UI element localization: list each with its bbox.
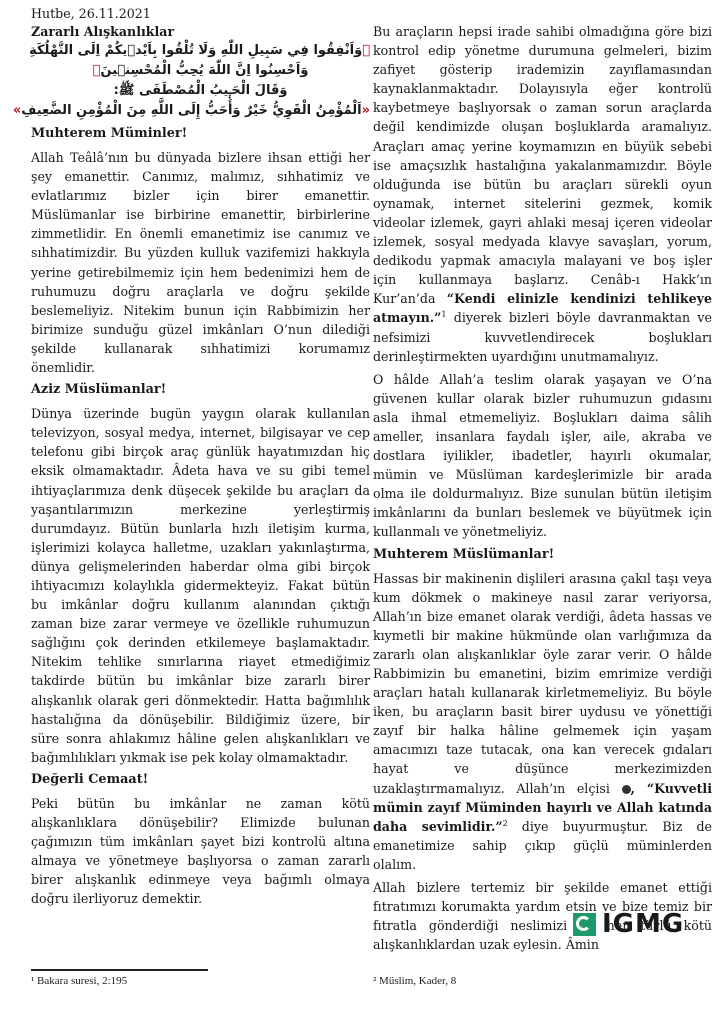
arabic-intro-line: وَقَالَ الْحَب۪يبُ الْمُصْطَفَى ﷺ:: [31, 81, 370, 101]
quran-quote: “Kendi elinizle kendinizi tehlikeye: [447, 291, 712, 306]
paragraph-r2: O hâlde Allah’a teslim olarak yaşayan ve…: [373, 370, 712, 542]
quran-bracket-open: ﴿: [362, 43, 370, 58]
hadith-quote: mümin zayıf Müminden hayırlı ve Allah ka…: [373, 798, 712, 817]
salawat-icon: [622, 785, 631, 794]
footnote-2: ² Müslim, Kader, 8: [373, 975, 456, 987]
section-heading: Değerli Cemaat!: [31, 770, 370, 790]
left-column: Hutbe, 26.11.2021 Zararlı Alışkanlıklar …: [31, 0, 370, 908]
footnote-divider: [31, 969, 208, 971]
footnote-1: ¹ Bakara suresi, 2:195: [31, 975, 127, 987]
igmg-logo: IGMG: [573, 912, 684, 936]
crescent-logo-icon: [573, 913, 596, 936]
paragraph-s3: Peki bütün bu imkânlar ne zaman kötü alı…: [31, 794, 370, 909]
paragraph-s2: Dünya üzerinde bugün yaygın olarak kulla…: [31, 404, 370, 767]
arabic-verse-line-1: ﴿وَاَنْفِقُوا فِي سَبِيلِ اللّٰهِ وَلَا …: [31, 41, 370, 61]
section-heading: Aziz Müslümanlar!: [31, 380, 370, 400]
arabic-verse-line-2: وَاَحْسِنُوا اِنَّ اللّٰهَ يُحِبُّ الْمُ…: [31, 61, 370, 81]
section-heading: Muhterem Müminler!: [31, 124, 370, 144]
paragraph-r3: Hassas bir makinenin dişlileri arasına ç…: [373, 569, 712, 875]
arabic-hadith-line: «اَلْمُؤْمِنُ الْقَوِيُّ خَيْرٌ وَأَحَبُ…: [31, 101, 370, 121]
section-heading: Muhterem Müslümanlar!: [373, 545, 712, 565]
logo-text: IGMG: [602, 912, 684, 936]
quran-quote-line: Kur’an’da “Kendi elinizle kendinizi tehl…: [373, 289, 712, 308]
right-column: Bu araçların hepsi irade sahibi olmadığı…: [373, 22, 712, 954]
hadith-line: uzaklaştırmamalıyız. Allah’ın elçisi , “…: [373, 779, 712, 798]
paragraph-s1: Allah Teâlâ’nın bu dünyada bizlere ihsan…: [31, 148, 370, 377]
sermon-title: Zararlı Alışkanlıklar: [31, 23, 370, 41]
sermon-date: Hutbe, 26.11.2021: [31, 5, 370, 23]
paragraph-r1: Bu araçların hepsi irade sahibi olmadığı…: [373, 22, 712, 366]
